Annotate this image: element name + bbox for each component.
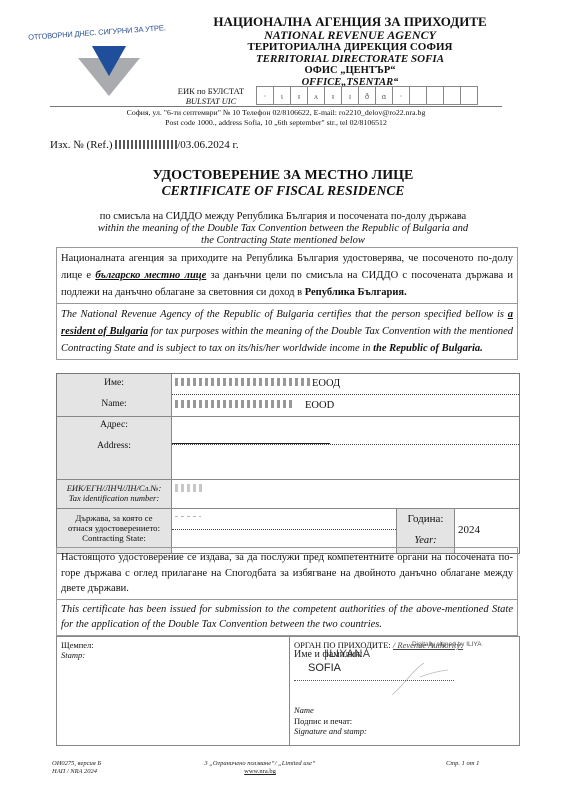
name-value: ЕООД EOOD xyxy=(172,374,519,416)
office-bg: ОФИС „ЦЕНТЪР“ xyxy=(170,65,530,76)
bulstat-digit-cell: · xyxy=(393,86,410,105)
nra-website-link[interactable]: www.nra.bg xyxy=(244,768,276,775)
bulstat-digit-cell xyxy=(427,86,444,105)
address-label-en: Address: xyxy=(57,441,171,451)
certificate-title-bg: УДОСТОВЕРЕНИЕ ЗА МЕСТНО ЛИЦЕ xyxy=(50,168,516,184)
signature-label-bg: Подпис и печат: xyxy=(294,716,352,726)
directorate-en: TERRITORIAL DIRECTORATE SOFIA xyxy=(170,53,530,65)
authority-cell: ОРГАН ПО ПРИХОДИТЕ: / Revenue Authority:… xyxy=(290,637,519,745)
bulstat-digit-cell: ɑ xyxy=(376,86,393,105)
name-label-bg: Име: xyxy=(57,378,171,388)
bulstat-digit-cell: ᵻ xyxy=(325,86,342,105)
name-value-en: EOOD xyxy=(172,395,519,416)
country-bg: Република България. xyxy=(305,287,407,298)
taxpayer-details-table: Име: Name: ЕООД EOOD Адрес: Address: ЕИК… xyxy=(56,373,520,554)
year-label-en: Year: xyxy=(397,535,454,546)
certification-bg: Националната агенция за приходите на Реп… xyxy=(57,248,517,303)
digital-signature-note: Digitally signed by ILIYA xyxy=(412,640,482,650)
redacted-name-bg xyxy=(175,378,312,386)
page-number: Стр. 1 от 1 xyxy=(446,760,479,768)
name-suffix-en: EOOD xyxy=(305,400,334,411)
bulstat-digit-cell xyxy=(410,86,427,105)
bulstat-label: ЕИК по БУЛСТАТ BULSTAT UIC xyxy=(170,86,252,106)
certification-statement: Националната агенция за приходите на Реп… xyxy=(56,247,518,360)
state-label-en: Contracting State: xyxy=(57,533,171,543)
address-value-line-1 xyxy=(172,417,519,445)
reference-number: Изх. № (Ref.) /03.06.2024 г. xyxy=(50,139,239,151)
name-suffix-bg: ЕООД xyxy=(312,378,340,389)
redacted-name-en xyxy=(175,400,293,408)
reference-prefix: Изх. № (Ref.) xyxy=(50,139,115,151)
bulstat-digit-cell xyxy=(444,86,461,105)
name-label-en: Name: xyxy=(57,399,171,409)
directorate-bg: ТЕРИТОРИАЛНА ДИРЕКЦИЯ СОФИЯ xyxy=(170,41,530,53)
name-row: Име: Name: ЕООД EOOD xyxy=(57,374,519,416)
name-label: Име: Name: xyxy=(57,374,172,416)
office-address-en: Post code 1000., address Sofia, 10 „6th … xyxy=(50,118,502,127)
subtitle-en-line-1: within the meaning of the Double Tax Con… xyxy=(50,223,516,234)
bulstat-digit-cell: ι xyxy=(274,86,291,105)
issuance-bg: Настоящото удостоверение се издава, за д… xyxy=(57,548,517,599)
stamp-label-bg: Щемпел: xyxy=(61,640,285,650)
subtitle-bg: по смисъла на СИДДО между Република Бълг… xyxy=(50,211,516,222)
header-divider xyxy=(50,106,502,107)
bulstat-digit-cell: · xyxy=(257,86,274,105)
office-address-bg: София, ул. "6-ти септември" № 10 Телефон… xyxy=(50,108,502,117)
signer-given-name: ILIYANA xyxy=(326,648,371,660)
bulstat-digit-cell: ð xyxy=(359,86,376,105)
logo-slogan: ОТГОВОРНИ ДНЕС. СИГУРНИ ЗА УТРЕ. xyxy=(28,23,166,42)
footer-org: НАП / NRA 2024 xyxy=(52,768,101,776)
tin-row: ЕИК/ЕГН/ЛНЧ/ЛН/Сл.№: Tax identification … xyxy=(57,479,519,508)
tin-label: ЕИК/ЕГН/ЛНЧ/ЛН/Сл.№: Tax identification … xyxy=(57,480,172,508)
state-label-bg-1: Държава, за която се xyxy=(57,513,171,523)
signer-city: SOFIA xyxy=(308,663,341,673)
issuance-en: This certificate has been issued for sub… xyxy=(57,599,517,635)
signature-label-en: Signature and stamp: xyxy=(294,726,367,736)
signature-dotted-line xyxy=(294,680,454,681)
address-row: Адрес: Address: xyxy=(57,416,519,479)
year-label-bg: Година: xyxy=(397,513,454,525)
address-underline xyxy=(172,443,330,444)
resident-emphasis-bg: българско местно лице xyxy=(95,270,206,281)
bulstat-label-bg: ЕИК по БУЛСТАТ xyxy=(170,86,252,96)
signature-table: Щемпел: Stamp: ОРГАН ПО ПРИХОДИТЕ: / Rev… xyxy=(56,636,520,746)
nra-v-logo-icon xyxy=(78,46,140,96)
redacted-state xyxy=(175,516,201,517)
tin-label-en: Tax identification number: xyxy=(57,493,171,503)
certification-en: The National Revenue Agency of the Repub… xyxy=(57,303,517,359)
bulstat-digit-cell: ɪ xyxy=(342,86,359,105)
bulstat-digit-cell: ᵻ xyxy=(291,86,308,105)
state-label-bg-2: отнася удостоверението: xyxy=(57,523,171,533)
stamp-label-en: Stamp: xyxy=(61,650,285,660)
classification-label: 3 „Ограничено ползване“/ „Limited use“ xyxy=(180,760,340,768)
bulstat-number-grid: ·ιᵻʌᵻɪðɑ· xyxy=(256,86,478,105)
form-code: ОИ0275, версия Б xyxy=(52,760,101,768)
certification-en-text-1: The National Revenue Agency of the Repub… xyxy=(61,309,508,320)
tin-label-bg: ЕИК/ЕГН/ЛНЧ/ЛН/Сл.№: xyxy=(57,483,171,493)
redacted-reference xyxy=(115,140,177,149)
issuance-statement: Настоящото удостоверение се издава, за д… xyxy=(56,547,518,636)
stamp-cell: Щемпел: Stamp: xyxy=(57,637,290,745)
country-en: the Republic of Bulgaria. xyxy=(373,343,483,354)
bulstat-digit-cell: ʌ xyxy=(308,86,325,105)
address-value xyxy=(172,417,519,479)
name-value-bg: ЕООД xyxy=(172,374,519,395)
footer-form-info: ОИ0275, версия Б НАП / NRA 2024 xyxy=(52,760,101,776)
footer-classification: 3 „Ограничено ползване“/ „Limited use“ w… xyxy=(180,760,340,776)
subtitle-en-line-2: the Contracting State mentioned below xyxy=(50,235,516,246)
address-label: Адрес: Address: xyxy=(57,417,172,479)
address-label-bg: Адрес: xyxy=(57,420,171,430)
reference-date: /03.06.2024 г. xyxy=(177,139,238,151)
contracting-state-line-1 xyxy=(172,509,396,530)
certificate-title-en: CERTIFICATE OF FISCAL RESIDENCE xyxy=(50,183,516,199)
bulstat-label-en: BULSTAT UIC xyxy=(170,96,252,106)
bulstat-digit-cell xyxy=(461,86,478,105)
handwritten-signature-icon xyxy=(390,657,450,697)
tin-value xyxy=(172,480,519,508)
name-label-en-signature: Name xyxy=(294,705,314,715)
redacted-tin xyxy=(175,484,205,492)
